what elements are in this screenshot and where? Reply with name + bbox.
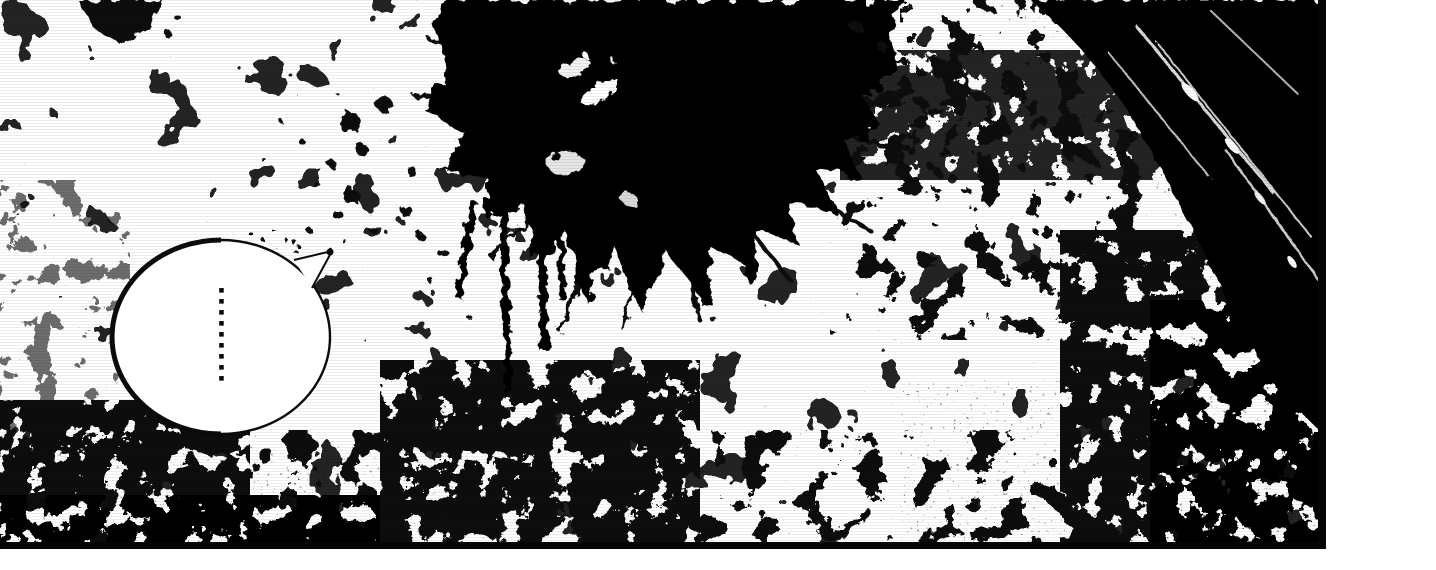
panel-artwork — [0, 0, 1436, 570]
speech-bubble-tail-dot — [327, 249, 334, 256]
speech-bubble-ellipsis: ■■■■■■■■■ — [218, 287, 224, 386]
panel-border-right — [1318, 0, 1326, 549]
panel-border-bottom — [2, 542, 1324, 549]
manga-page: ■■■■■■■■■ — [0, 0, 1436, 570]
